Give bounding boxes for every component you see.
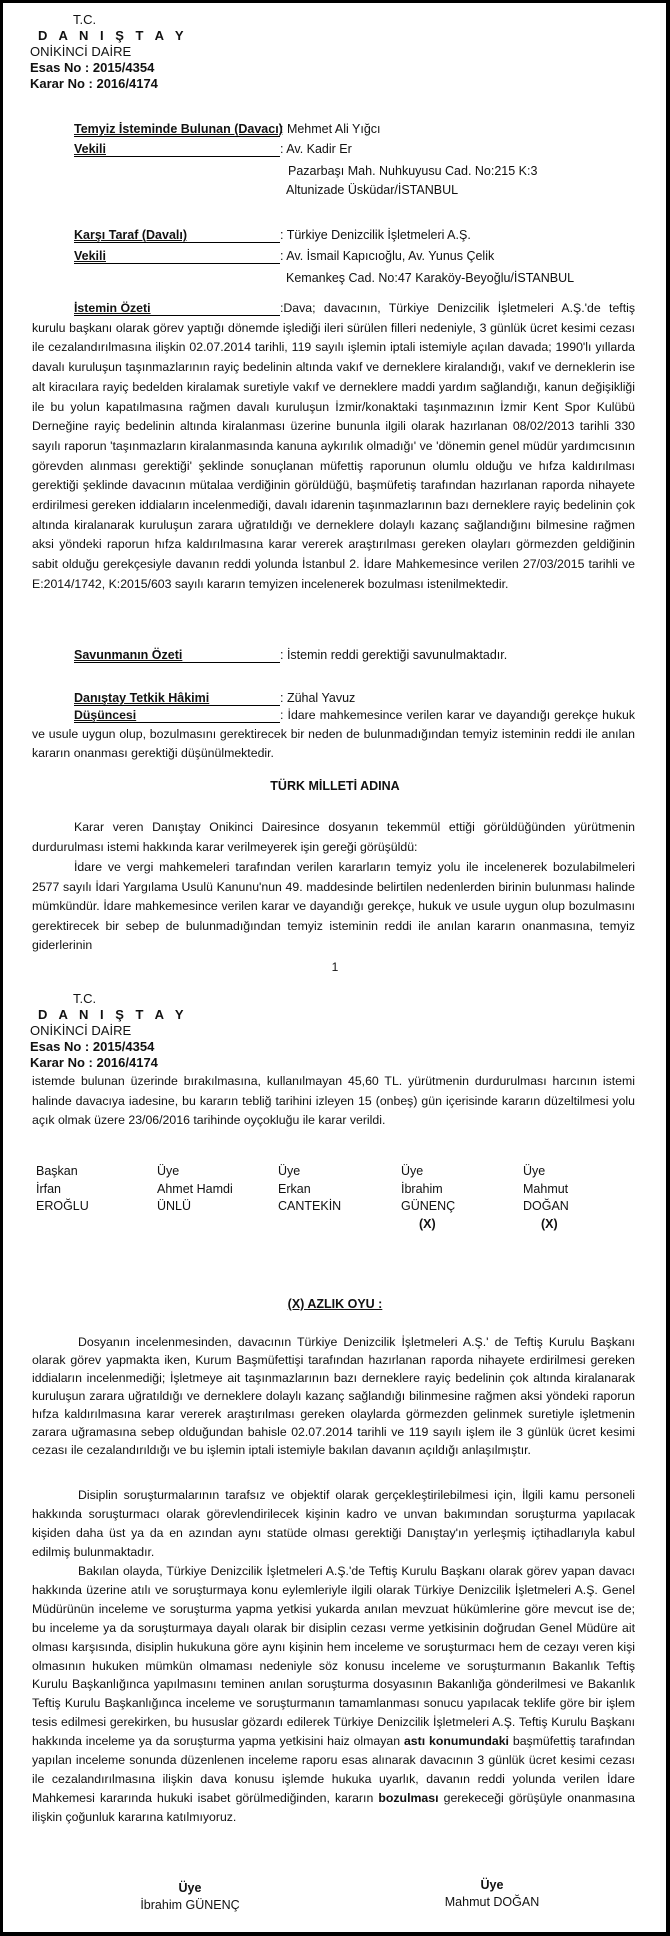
panel-last-name: GÜNENÇ bbox=[401, 1198, 455, 1216]
panel-last-name: EROĞLU bbox=[36, 1198, 89, 1216]
panel-member-4: Üye İbrahim GÜNENÇ (X) bbox=[401, 1163, 455, 1233]
karar-no: Karar No : 2016/4174 bbox=[30, 1055, 188, 1071]
request-summary-text: :Dava; davacının, Türkiye Denizcilik İşl… bbox=[32, 301, 635, 591]
defense-label: Savunmanın Özeti bbox=[74, 648, 280, 663]
nation-heading: TÜRK MİLLETİ ADINA bbox=[0, 779, 670, 793]
dissent-paragraph-1: Dosyanın incelenmesinden, davacının Türk… bbox=[32, 1333, 635, 1459]
request-summary-label: İstemin Özeti bbox=[74, 301, 280, 316]
signature-2-name: Mahmut DOĞAN bbox=[432, 1894, 552, 1912]
decision-paragraph-2: İdare ve vergi mahkemeleri tarafından ve… bbox=[32, 858, 635, 956]
appellant-value: : Mehmet Ali Yığcı bbox=[280, 122, 381, 136]
respondent-address: Kemankeş Cad. No:47 Karaköy-Beyoğlu/İSTA… bbox=[286, 270, 574, 286]
karar-no: Karar No : 2016/4174 bbox=[30, 76, 188, 92]
dissent-paragraph-2-text: Disiplin soruşturmalarının tarafsız ve o… bbox=[32, 1488, 635, 1559]
dissent-heading: (X) AZLIK OYU : bbox=[0, 1297, 670, 1311]
panel-first-name: Mahmut bbox=[523, 1181, 569, 1199]
respondent-label: Karşı Taraf (Davalı) bbox=[74, 228, 280, 243]
panel-last-name: DOĞAN bbox=[523, 1198, 569, 1216]
panel-first-name: İrfan bbox=[36, 1181, 89, 1199]
opinion-label: Düşüncesi bbox=[74, 708, 280, 723]
panel-last-name: CANTEKİN bbox=[278, 1198, 341, 1216]
defense-text: : İstemin reddi gerektiği savunulmaktadı… bbox=[280, 648, 507, 662]
respondent-counsel-value: : Av. İsmail Kapıcıoğlu, Av. Yunus Çelik bbox=[280, 249, 494, 263]
defense-row: Savunmanın Özeti: İstemin reddi gerektiğ… bbox=[74, 647, 507, 663]
signature-1-name: İbrahim GÜNENÇ bbox=[130, 1897, 250, 1915]
panel-role: Üye bbox=[157, 1163, 233, 1181]
panel-last-name: ÜNLÜ bbox=[157, 1198, 233, 1216]
decision-continuation: istemde bulunan üzerinde bırakılmasına, … bbox=[32, 1072, 635, 1131]
page2-header: T.C. D A N I Ş T A Y ONİKİNCİ DAİRE Esas… bbox=[30, 991, 188, 1071]
esas-no: Esas No : 2015/4354 bbox=[30, 60, 188, 76]
dissent-paragraph-3-text-a: Bakılan olayda, Türkiye Denizcilik İşlet… bbox=[32, 1564, 635, 1748]
appellant-address-2: Altunizade Üsküdar/İSTANBUL bbox=[286, 182, 458, 198]
respondent-counsel-row: Vekili: Av. İsmail Kapıcıoğlu, Av. Yunus… bbox=[74, 248, 494, 264]
dissent-paragraph-1-text: Dosyanın incelenmesinden, davacının Türk… bbox=[32, 1335, 635, 1457]
appellant-row: Temyiz İsteminde Bulunan (Davacı): Mehme… bbox=[74, 121, 381, 137]
appellant-counsel-label: Vekili bbox=[74, 142, 280, 157]
judge-label: Danıştay Tetkik Hâkimi bbox=[74, 691, 280, 706]
tc-label: T.C. bbox=[30, 12, 188, 28]
appellant-counsel-value: : Av. Kadir Er bbox=[280, 142, 352, 156]
appellant-counsel-row: Vekili: Av. Kadir Er bbox=[74, 141, 352, 157]
decision-paragraph-2-text: İdare ve vergi mahkemeleri tarafından ve… bbox=[32, 860, 635, 952]
dissent-mark: (X) bbox=[401, 1216, 455, 1234]
decision-paragraph-1-text: Karar veren Danıştay Onikinci Dairesince… bbox=[32, 820, 635, 854]
appellant-label: Temyiz İsteminde Bulunan (Davacı) bbox=[74, 122, 280, 137]
dissent-mark: (X) bbox=[523, 1216, 569, 1234]
court-name: D A N I Ş T A Y bbox=[30, 1007, 188, 1023]
panel-role: Üye bbox=[401, 1163, 455, 1181]
opinion: Düşüncesi: İdare mahkemesince verilen ka… bbox=[32, 706, 635, 763]
dissent-emphasis-2: bozulması bbox=[378, 1791, 438, 1805]
dissent-emphasis-1: astı konumundaki bbox=[404, 1734, 509, 1748]
chamber-name: ONİKİNCİ DAİRE bbox=[30, 1023, 188, 1039]
panel-role: Başkan bbox=[36, 1163, 89, 1181]
panel-role: Üye bbox=[523, 1163, 569, 1181]
esas-no: Esas No : 2015/4354 bbox=[30, 1039, 188, 1055]
chamber-name: ONİKİNCİ DAİRE bbox=[30, 44, 188, 60]
respondent-row: Karşı Taraf (Davalı): Türkiye Denizcilik… bbox=[74, 227, 471, 243]
signature-2-role: Üye bbox=[432, 1877, 552, 1895]
panel-first-name: Erkan bbox=[278, 1181, 341, 1199]
panel-member-5: Üye Mahmut DOĞAN (X) bbox=[523, 1163, 569, 1233]
decision-paragraph-1: Karar veren Danıştay Onikinci Dairesince… bbox=[32, 818, 635, 857]
page1-header: T.C. D A N I Ş T A Y ONİKİNCİ DAİRE Esas… bbox=[30, 12, 188, 92]
panel-role: Üye bbox=[278, 1163, 341, 1181]
panel-member-2: Üye Ahmet Hamdi ÜNLÜ bbox=[157, 1163, 233, 1216]
panel-first-name: Ahmet Hamdi bbox=[157, 1181, 233, 1199]
appellant-address-1: Pazarbaşı Mah. Nuhkuyusu Cad. No:215 K:3 bbox=[288, 163, 537, 179]
judge-value: : Zühal Yavuz bbox=[280, 691, 355, 705]
page-number: 1 bbox=[0, 960, 670, 974]
dissent-paragraph-3: Bakılan olayda, Türkiye Denizcilik İşlet… bbox=[32, 1562, 635, 1827]
panel-first-name: İbrahim bbox=[401, 1181, 455, 1199]
court-name: D A N I Ş T A Y bbox=[30, 28, 188, 44]
tc-label: T.C. bbox=[30, 991, 188, 1007]
dissent-paragraph-2: Disiplin soruşturmalarının tarafsız ve o… bbox=[32, 1486, 635, 1562]
judge-row: Danıştay Tetkik Hâkimi: Zühal Yavuz bbox=[74, 690, 355, 706]
panel-member-1: Başkan İrfan EROĞLU bbox=[36, 1163, 89, 1216]
panel-member-3: Üye Erkan CANTEKİN bbox=[278, 1163, 341, 1216]
respondent-value: : Türkiye Denizcilik İşletmeleri A.Ş. bbox=[280, 228, 471, 242]
signature-1-role: Üye bbox=[130, 1880, 250, 1898]
request-summary: İstemin Özeti:Dava; davacının, Türkiye D… bbox=[32, 299, 635, 595]
respondent-counsel-label: Vekili bbox=[74, 249, 280, 264]
